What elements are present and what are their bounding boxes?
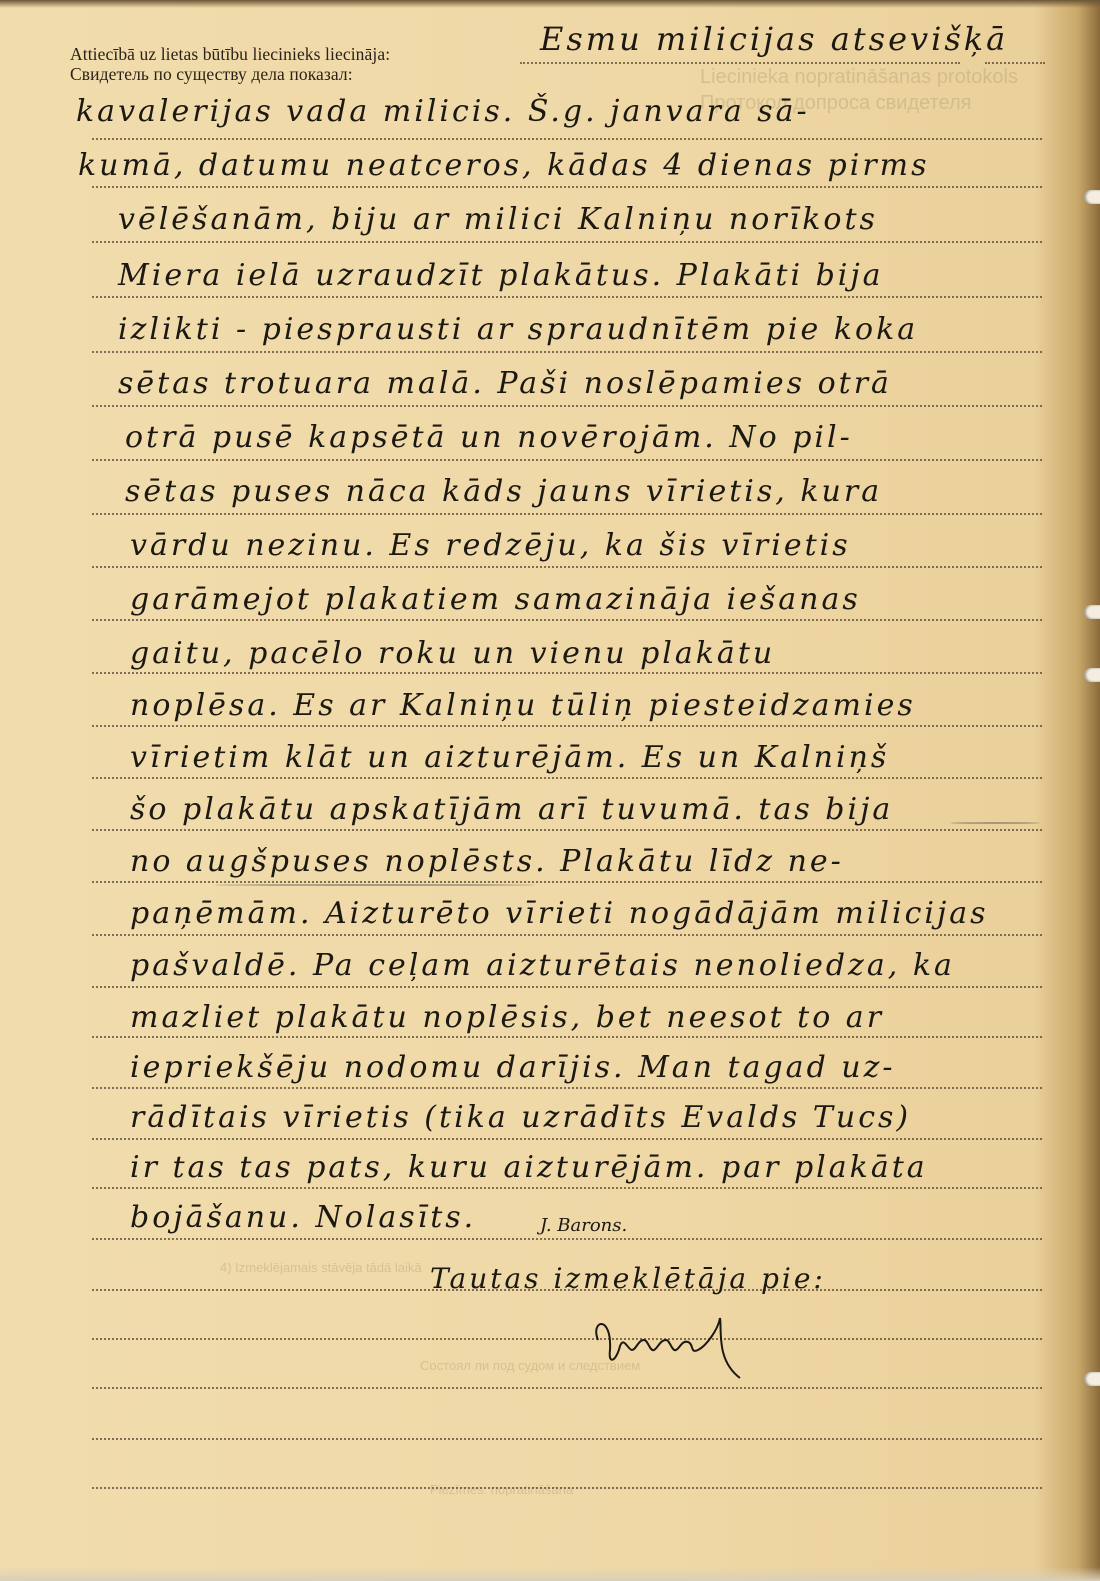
document-page: Liecinieka nopratināšanas protokols Прот… — [0, 0, 1100, 1581]
testimony-line: pašvaldē. Pa ceļam aizturētais nenoliedz… — [130, 948, 955, 983]
testimony-line: gaitu, pacēlo roku un vienu plakātu — [130, 636, 775, 671]
testimony-line: iepriekšēju nodomu darījis. Man tagad uz… — [130, 1050, 896, 1085]
ruling-line — [92, 829, 1042, 831]
testimony-line: vārdu nezinu. Es redzēju, ka šis vīrieti… — [130, 528, 851, 563]
ruling-line — [520, 62, 960, 64]
pencil-underline — [215, 884, 535, 886]
testimony-line: paņēmām. Aizturēto vīrieti nogādājām mil… — [130, 896, 989, 931]
testimony-line: kavalerijas vada milicis. Š.g. janvara s… — [76, 94, 810, 129]
testimony-line: šo plakātu apskatījām arī tuvumā. tas bi… — [130, 792, 893, 827]
ruling-line — [92, 566, 1042, 568]
ruling-line — [92, 1338, 1042, 1340]
ruling-line — [92, 1138, 1042, 1140]
ruling-line — [92, 672, 1042, 674]
testimony-line: rādītais vīrietis (tika uzrādīts Evalds … — [130, 1100, 911, 1135]
ruling-line — [92, 619, 1042, 621]
binding-hole — [1084, 605, 1100, 619]
testimony-line: vīrietim klāt un aizturējām. Es un Kalni… — [130, 740, 889, 775]
scan-bottom-edge — [0, 1567, 1100, 1581]
ruling-line — [92, 1087, 1042, 1089]
scan-top-edge — [0, 0, 1100, 8]
printed-label-russian: Свидетель по существу дела показал: — [70, 64, 353, 85]
testimony-line: otrā pusē kapsētā un novērojām. No pil- — [125, 420, 853, 455]
show-through-text: Liecinieka nopratināšanas protokols — [700, 66, 1018, 89]
interrogator-signature — [590, 1310, 840, 1380]
testimony-line: kumā, datumu neatceros, kādas 4 dienas p… — [78, 148, 930, 183]
show-through-text: 4) Izmeklējamais stāvēja tādā laikā — [220, 1260, 422, 1275]
ruling-line — [92, 241, 1042, 243]
testimony-line: Miera ielā uzraudzīt plakātus. Plakāti b… — [118, 258, 884, 293]
ruling-line — [92, 1387, 1042, 1389]
witness-signature: J. Barons. — [540, 1215, 627, 1236]
testimony-line: garāmejot plakatiem samazināja iešanas — [130, 582, 861, 617]
ruling-line — [92, 986, 1042, 988]
testimony-line: Esmu milicijas atsevišķā — [540, 20, 1008, 58]
printed-label-latvian: Attiecībā uz lietas būtību liecinieks li… — [70, 44, 390, 65]
ruling-line — [92, 186, 1042, 188]
testimony-line: izlikti - piesprausti ar spraudnītēm pie… — [118, 312, 918, 347]
binding-hole — [1084, 1372, 1100, 1386]
ruling-line — [92, 351, 1042, 353]
binding-hole — [1084, 668, 1100, 682]
signature-scribble-icon — [590, 1310, 840, 1380]
ruling-line — [92, 1238, 1042, 1240]
show-through-text: Piezīmes: nopratināšana — [430, 1482, 573, 1497]
ruling-line — [985, 62, 1045, 64]
ruling-line — [92, 296, 1042, 298]
testimony-line: sētas trotuara malā. Paši noslēpamies ot… — [118, 366, 892, 401]
ruling-line — [92, 459, 1042, 461]
ruling-line — [92, 405, 1042, 407]
testimony-line: ir tas tas pats, kuru aizturējām. par pl… — [130, 1150, 928, 1185]
testimony-line: vēlēšanām, biju ar milici Kalniņu norīko… — [118, 202, 878, 237]
testimony-line: noplēsa. Es ar Kalniņu tūliņ piesteidzam… — [130, 688, 916, 723]
pencil-underline — [950, 822, 1040, 824]
binding-hole — [1084, 190, 1100, 204]
testimony-line: sētas puses nāca kāds jauns vīrietis, ku… — [125, 474, 882, 509]
interrogator-label: Tautas izmeklētāja pie: — [430, 1262, 826, 1295]
ruling-line — [92, 1187, 1042, 1189]
ruling-line — [92, 1438, 1042, 1440]
ruling-line — [92, 881, 1042, 883]
testimony-line: bojāšanu. Nolasīts. — [130, 1200, 476, 1235]
testimony-line: mazliet plakātu noplēsis, bet neesot to … — [130, 1000, 884, 1035]
ruling-line — [92, 934, 1042, 936]
ruling-line — [92, 777, 1042, 779]
ruling-line — [92, 725, 1042, 727]
ruling-line — [92, 1487, 1042, 1489]
ruling-line — [92, 1036, 1042, 1038]
ruling-line — [92, 138, 1042, 140]
ruling-line — [92, 513, 1042, 515]
testimony-line: no augšpuses noplēsts. Plakātu līdz ne- — [130, 844, 844, 879]
